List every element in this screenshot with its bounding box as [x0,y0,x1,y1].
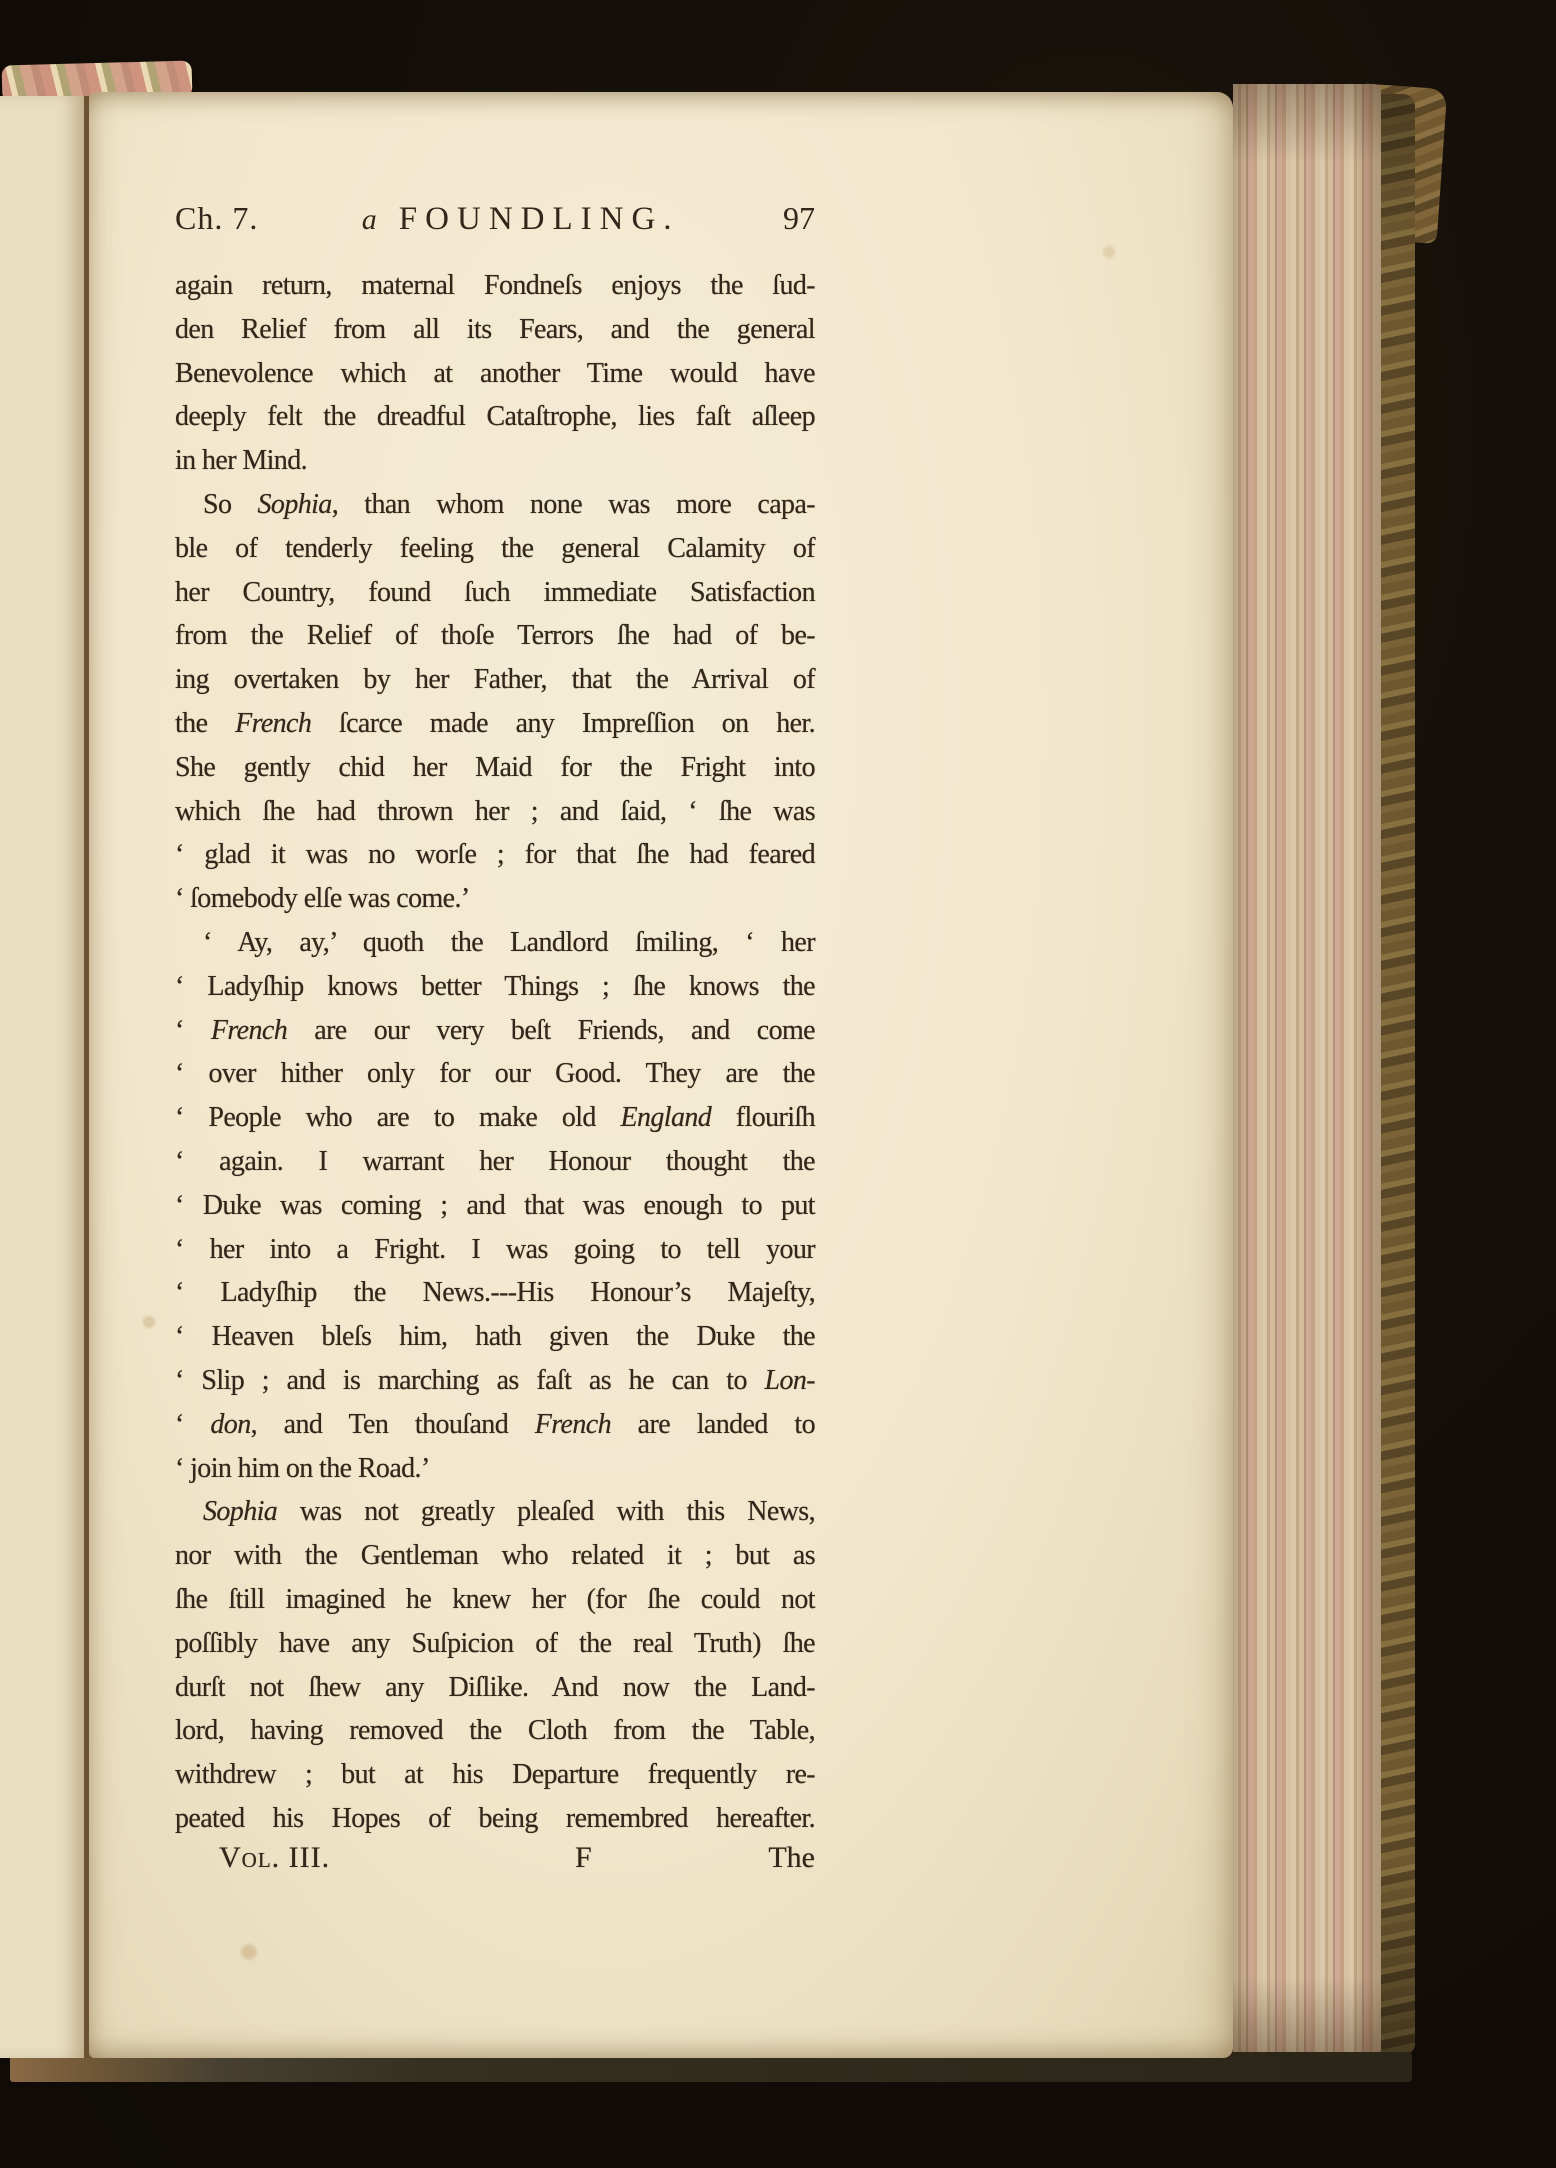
text-line: lord, having removed the Cloth from the … [175,1709,815,1753]
text-line: poſſibly have any Suſpicion of the real … [175,1622,815,1666]
text-line: from the Relief of thoſe Terrors ſhe had… [175,614,815,658]
text-line: ‘ join him on the Road.’ [175,1447,815,1491]
text-line: She gently chid her Maid for the Fright … [175,746,815,790]
text-line: den Relief from all its Fears, and the g… [175,308,815,352]
text-line: ‘ glad it was no worſe ; for that ſhe ha… [175,833,815,877]
book-cover-edge [1381,94,1415,2054]
running-title-text: FOUNDLING. [399,201,680,237]
text-line: ‘ again. I warrant her Honour thought th… [175,1140,815,1184]
text-line: ‘ Heaven bleſs him, hath given the Duke … [175,1315,815,1359]
text-line: ‘ People who are to make old England flo… [175,1096,815,1140]
text-line: ‘ her into a Fright. I was going to tell… [175,1228,815,1272]
text-line: ‘ Ay, ay,’ quoth the Landlord ſmiling, ‘… [175,921,815,965]
text-line: So Sophia, than whom none was more capa- [175,483,815,527]
text-line: ‘ Ladyſhip the News.---His Honour’s Maje… [175,1271,815,1315]
text-line: Benevolence which at another Time would … [175,352,815,396]
text-line: Sophia was not greatly pleaſed with this… [175,1490,815,1534]
text-line: ‘ over hither only for our Good. They ar… [175,1052,815,1096]
running-title-article: a [362,203,377,236]
page-header: Ch. 7. a FOUNDLING. 97 [175,200,815,248]
text-line: withdrew ; but at his Departure frequent… [175,1753,815,1797]
chapter-label: Ch. 7. [175,200,258,237]
fore-edge-pages [1233,84,1381,2056]
text-line: ing overtaken by her Father, that the Ar… [175,658,815,702]
text-line: deeply felt the dreadful Cataſtrophe, li… [175,395,815,439]
text-line: in her Mind. [175,439,815,483]
text-line: nor with the Gentleman who related it ; … [175,1534,815,1578]
page-number: 97 [783,200,815,237]
book-page: Ch. 7. a FOUNDLING. 97 again return, mat… [89,92,1233,2058]
signature-mark: F [575,1841,592,1875]
facing-page-edge [0,96,89,2058]
text-line: the French ſcarce made any Impreſſion on… [175,702,815,746]
text-line: ‘ Slip ; and is marching as faſt as he c… [175,1359,815,1403]
text-line: ſhe ſtill imagined he knew her (for ſhe … [175,1578,815,1622]
page-text: Ch. 7. a FOUNDLING. 97 again return, mat… [175,200,815,1900]
text-line: her Country, found ſuch immediate Satisf… [175,571,815,615]
text-line: peated his Hopes of being remembred here… [175,1797,815,1841]
text-line: ‘ ſomebody elſe was come.’ [175,877,815,921]
body: again return, maternal Fondneſs enjoys t… [175,264,815,1841]
text-line: ‘ don, and Ten thouſand French are lande… [175,1403,815,1447]
photograph-backdrop: Ch. 7. a FOUNDLING. 97 again return, mat… [0,0,1556,2168]
page-footer: Vol. III. F The [175,1841,815,1885]
text-line: ‘ Ladyſhip knows better Things ; ſhe kno… [175,965,815,1009]
text-line: which ſhe had thrown her ; and ſaid, ‘ ſ… [175,790,815,834]
volume-label: Vol. III. [219,1841,330,1875]
text-line: again return, maternal Fondneſs enjoys t… [175,264,815,308]
catchword: The [768,1841,815,1875]
text-line: ble of tenderly feeling the general Cala… [175,527,815,571]
running-title: a FOUNDLING. [362,200,680,238]
text-line: durſt not ſhew any Diſlike. And now the … [175,1666,815,1710]
text-line: ‘ French are our very beſt Friends, and … [175,1009,815,1053]
text-line: ‘ Duke was coming ; and that was enough … [175,1184,815,1228]
